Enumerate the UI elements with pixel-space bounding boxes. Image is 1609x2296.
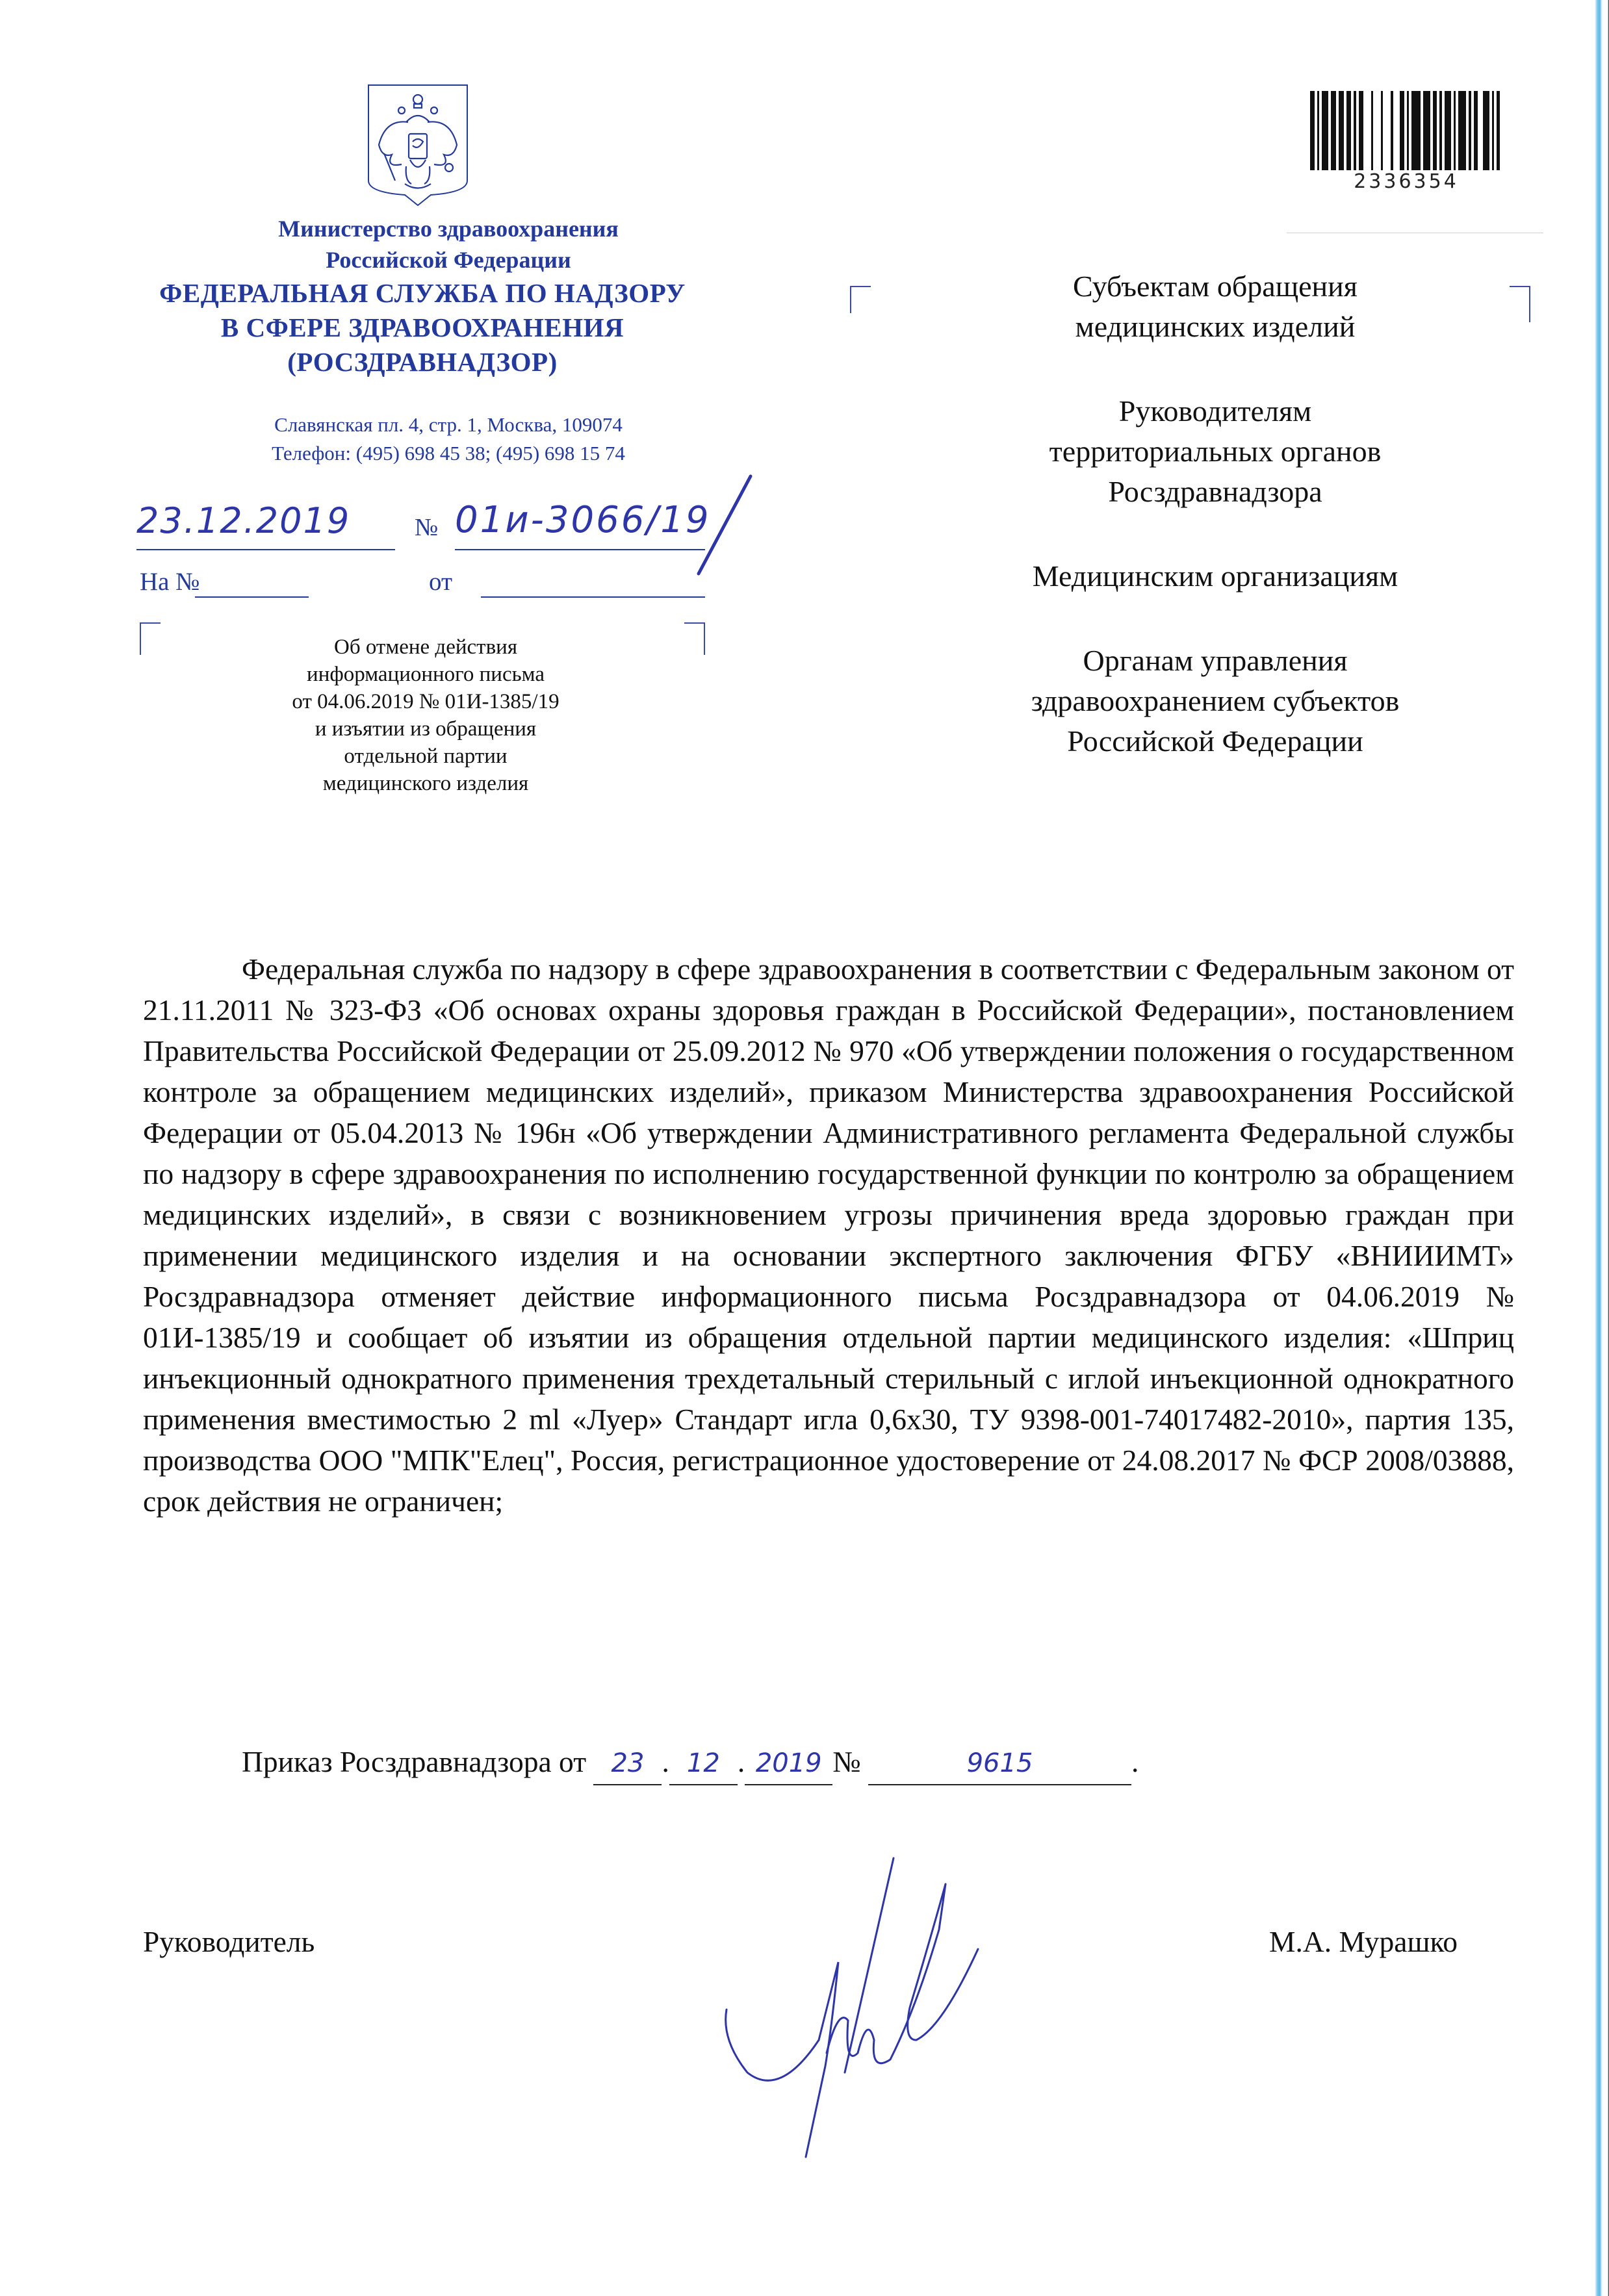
order-reference: Приказ Росздравнадзора от 23.12.2019№ 96… — [242, 1741, 1139, 1785]
recipient: Руководителям территориальных органов Ро… — [897, 391, 1534, 512]
recipients-block: Субъектам обращения медицинских изделий … — [897, 266, 1534, 806]
phone: Телефон: (495) 698 45 38; (495) 698 15 7… — [156, 439, 741, 468]
recipient-line: Органам управления — [897, 641, 1534, 681]
signer-title: Руководитель — [143, 1924, 315, 1959]
signer-name: М.А. Мурашко — [1269, 1924, 1458, 1959]
recipient-line: медицинских изделий — [897, 307, 1534, 347]
order-number: 9615 — [868, 1743, 1131, 1785]
subject-line: Об отмене действия — [140, 633, 712, 661]
reply-number-field — [195, 596, 309, 598]
recipient: Субъектам обращения медицинских изделий — [897, 266, 1534, 347]
ministry-line: Министерство здравоохранения — [156, 213, 741, 244]
body-paragraph: Федеральная служба по надзору в сфере зд… — [143, 949, 1514, 1522]
subject-line: медицинского изделия — [140, 770, 712, 797]
ministry-line: Российской Федерации — [156, 244, 741, 275]
subject-line: отдельной партии — [140, 743, 712, 770]
date-underline — [136, 549, 395, 550]
registration-number: 01и-3066/19 — [455, 499, 711, 541]
barcode — [1310, 91, 1502, 170]
number-sign: № — [415, 513, 438, 542]
number-underline — [455, 549, 705, 550]
recipient: Медицинским организациям — [897, 556, 1534, 596]
recipient-line: Руководителям — [897, 391, 1534, 431]
barcode-number: 2336354 — [1310, 170, 1502, 193]
address: Славянская пл. 4, стр. 1, Москва, 109074 — [156, 411, 741, 439]
service-line: (РОСЗДРАВНАДЗОР) — [130, 345, 715, 379]
order-number-sign: № — [832, 1745, 860, 1778]
subject-line: от 04.06.2019 № 01И-1385/19 — [140, 688, 712, 715]
recipient-line: здравоохранением субъектов — [897, 681, 1534, 721]
order-suffix: . — [1131, 1745, 1139, 1778]
recipient-line: Медицинским организациям — [897, 556, 1534, 596]
reply-date-field — [481, 596, 705, 598]
recipient-line: Российской Федерации — [897, 721, 1534, 761]
service-line: В СФЕРЕ ЗДРАВООХРАНЕНИЯ — [130, 311, 715, 345]
registration-date: 23.12.2019 — [136, 500, 350, 541]
order-year: 2019 — [745, 1743, 832, 1785]
ministry-name: Министерство здравоохранения Российской … — [156, 213, 741, 275]
recipient-line: Субъектам обращения — [897, 266, 1534, 307]
reply-from-label: от — [429, 567, 452, 596]
signature-icon — [708, 1793, 1085, 2196]
address-block: Славянская пл. 4, стр. 1, Москва, 109074… — [156, 411, 741, 468]
scan-edge — [1595, 0, 1609, 2296]
subject-block: Об отмене действия информационного письм… — [140, 633, 712, 797]
recipient: Органам управления здравоохранением субъ… — [897, 641, 1534, 761]
coat-of-arms-icon — [366, 83, 470, 207]
service-line: ФЕДЕРАЛЬНАЯ СЛУЖБА ПО НАДЗОРУ — [130, 276, 715, 311]
recipient-line: Росздравнадзора — [897, 472, 1534, 512]
divider — [1287, 233, 1543, 233]
order-day: 23 — [593, 1743, 662, 1785]
order-prefix: Приказ Росздравнадзора от — [242, 1745, 586, 1778]
service-name: ФЕДЕРАЛЬНАЯ СЛУЖБА ПО НАДЗОРУ В СФЕРЕ ЗД… — [130, 276, 715, 379]
slash-stroke — [689, 471, 760, 578]
subject-line: и изъятии из обращения — [140, 715, 712, 743]
recipient-line: территориальных органов — [897, 431, 1534, 472]
order-month: 12 — [669, 1743, 738, 1785]
corner-mark — [850, 286, 871, 313]
reply-to-label: На № — [140, 567, 200, 596]
subject-line: информационного письма — [140, 661, 712, 688]
